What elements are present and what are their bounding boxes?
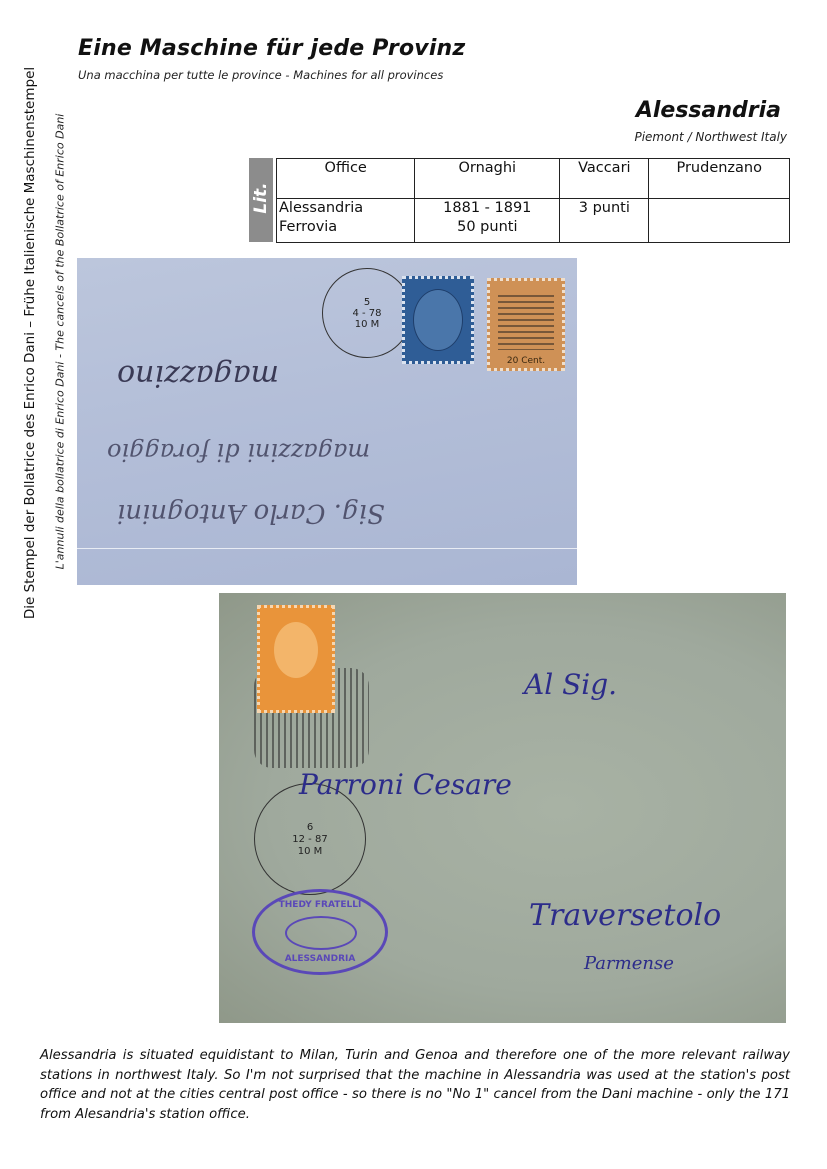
address-town: Traversetolo <box>529 898 721 933</box>
side-title-block: Die Stempel der Bollatrice des Enrico Da… <box>0 0 70 1169</box>
cover-image-1887: 612 - 8710 M THEDY FRATELLI ALESSANDRIA … <box>219 593 786 1023</box>
circular-datestamp: 54 - 7810 M <box>322 268 412 358</box>
orange-stamp: 20 Cent. <box>487 278 565 371</box>
location-name: Alessandria <box>636 98 781 123</box>
address-salutation: Al Sig. <box>524 668 617 701</box>
literature-table: Office Ornaghi Vaccari Prudenzano Alessa… <box>276 158 790 243</box>
column-header: Ornaghi <box>415 159 560 199</box>
cell-prudenzano <box>649 198 790 242</box>
address-name: Parroni Cesare <box>299 768 512 801</box>
side-subtitle: L'annuli della bollatrice di Enrico Dani… <box>54 22 67 662</box>
table-header-row: Office Ornaghi Vaccari Prudenzano <box>277 159 790 199</box>
handwriting-line: magazzini di foraggio <box>107 438 370 466</box>
cell-office: AlessandriaFerrovia <box>277 198 415 242</box>
cover-image-1878: 54 - 7810 M 20 Cent. magazzino magazzini… <box>77 258 577 585</box>
column-header: Office <box>277 159 415 199</box>
page-title: Eine Maschine für jede Provinz <box>78 36 465 61</box>
column-header: Vaccari <box>560 159 649 199</box>
thedy-fratelli-cachet: THEDY FRATELLI ALESSANDRIA <box>252 889 388 975</box>
side-main-title: Die Stempel der Bollatrice des Enrico Da… <box>22 23 38 663</box>
page-subtitle: Una macchina per tutte le province - Mac… <box>78 68 443 82</box>
blue-stamp <box>402 276 474 364</box>
description-paragraph: Alessandria is situated equidistant to M… <box>40 1046 790 1124</box>
address-province: Parmense <box>584 953 674 974</box>
handshake-icon <box>285 916 357 950</box>
table-row: AlessandriaFerrovia 1881 - 189150 punti … <box>277 198 790 242</box>
column-header: Prudenzano <box>649 159 790 199</box>
handwriting: magazzino <box>117 358 279 393</box>
orange-umberto-stamp <box>257 605 335 713</box>
numeral-bar-cancel <box>498 295 554 350</box>
location-region: Piemont / Northwest Italy <box>634 130 787 144</box>
handwriting-line: Sig. Carlo Antognini <box>117 498 385 528</box>
fold-line <box>77 548 577 549</box>
cell-ornaghi: 1881 - 189150 punti <box>415 198 560 242</box>
literature-label: Lit. <box>249 158 273 242</box>
cell-vaccari: 3 punti <box>560 198 649 242</box>
